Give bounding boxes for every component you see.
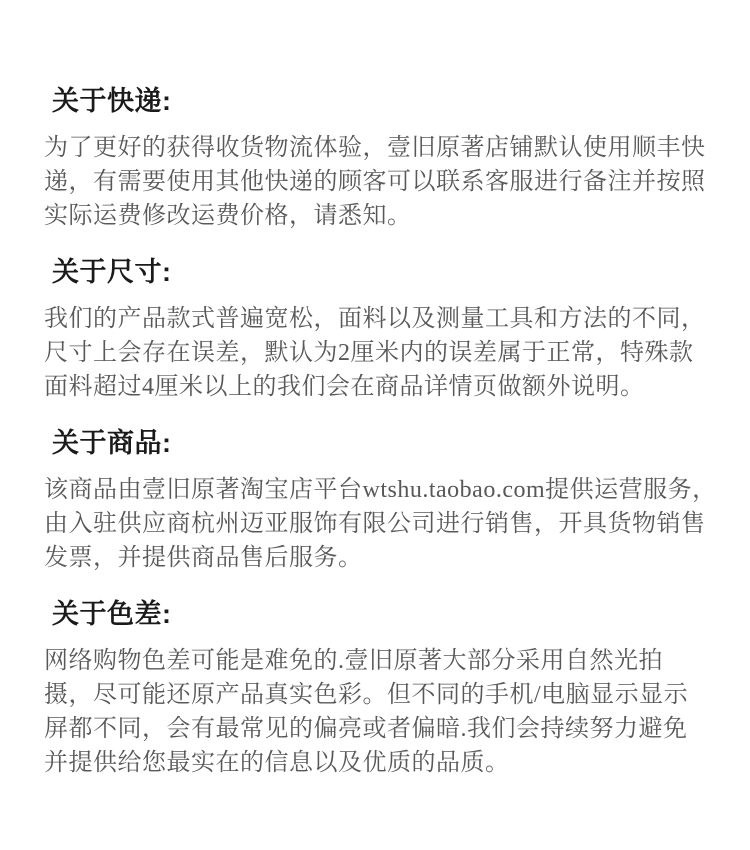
sizing-heading: 关于尺寸: <box>52 257 726 287</box>
shipping-text: 为了更好的获得收货物流体验，壹旧原著店铺默认使用顺丰快 递，有需要使用其他快递的… <box>44 131 726 233</box>
color-difference-heading: 关于色差: <box>52 599 726 629</box>
store-url-text: wtshu.taobao.com <box>363 477 546 503</box>
color-difference-text: 网络购物色差可能是难免的.壹旧原著大部分采用自然光拍 摄，尽可能还原产品真实色彩… <box>44 644 726 780</box>
section-shipping: 关于快递: 为了更好的获得收货物流体验，壹旧原著店铺默认使用顺丰快 递，有需要使… <box>44 86 726 233</box>
sizing-text: 我们的产品款式普遍宽松，面料以及测量工具和方法的不同， 尺寸上会存在误差，默认为… <box>44 302 726 404</box>
section-color-difference: 关于色差: 网络购物色差可能是难免的.壹旧原著大部分采用自然光拍 摄，尽可能还原… <box>44 599 726 780</box>
section-product: 关于商品: 该商品由壹旧原著淘宝店平台wtshu.taobao.com提供运营服… <box>44 428 726 575</box>
notice-page: 关于快递: 为了更好的获得收货物流体验，壹旧原著店铺默认使用顺丰快 递，有需要使… <box>0 0 750 850</box>
product-heading: 关于商品: <box>52 428 726 458</box>
store-notice-screenshot: { "page": { "background_color": "#ffffff… <box>0 0 750 850</box>
section-sizing: 关于尺寸: 我们的产品款式普遍宽松，面料以及测量工具和方法的不同， 尺寸上会存在… <box>44 257 726 404</box>
shipping-heading: 关于快递: <box>52 86 726 116</box>
product-text: 该商品由壹旧原著淘宝店平台wtshu.taobao.com提供运营服务， 由入驻… <box>44 473 726 575</box>
product-text-before-url: 该商品由壹旧原著淘宝店平台 <box>44 477 363 503</box>
